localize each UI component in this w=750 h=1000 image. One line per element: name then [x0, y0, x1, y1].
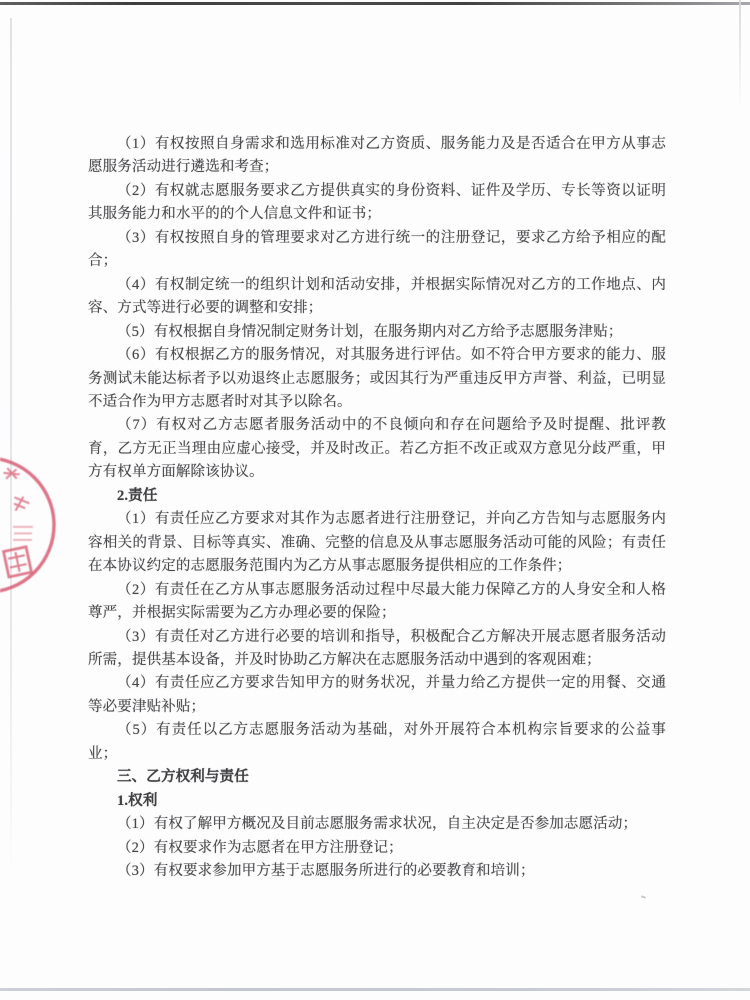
clause-party-b-right-1: （1）有权了解甲方概况及目前志愿服务需求状况，自主决定是否参加志愿活动；	[88, 813, 666, 836]
clause-party-a-duty-2: （2）有责任在乙方从事志愿服务活动过程中尽最大能力保障乙方的人身安全和人格尊严，…	[88, 579, 666, 626]
scan-artifact-bottom-edge	[0, 988, 750, 991]
party-b-rights-heading: 1.权利	[88, 790, 666, 813]
clause-party-b-right-3: （3）有权要求参加甲方基于志愿服务所进行的必要教育和培训；	[88, 860, 666, 883]
clause-party-b-right-2: （2）有权要求作为志愿者在甲方注册登记；	[88, 837, 666, 860]
scan-speck	[641, 895, 646, 898]
scan-artifact-left-line	[10, 18, 12, 880]
clause-party-a-right-3: （3）有权按照自身的管理要求对乙方进行统一的注册登记，要求乙方给予相应的配合；	[88, 227, 666, 274]
clause-party-a-right-7: （7）有权对乙方志愿者服务活动中的不良倾向和存在问题给予及时提醒、批评教育，乙方…	[88, 414, 666, 484]
clause-party-a-duty-3: （3）有责任对乙方进行必要的培训和指导，积极配合乙方解决开展志愿者服务活动所需，…	[88, 626, 666, 673]
clause-party-a-right-5: （5）有权根据自身情况制定财务计划，在服务期内对乙方给予志愿服务津贴；	[88, 321, 666, 344]
clause-party-a-right-4: （4）有权制定统一的组织计划和活动安排，并根据实际情况对乙方的工作地点、内容、方…	[88, 274, 666, 321]
party-b-section-heading: 三、乙方权利与责任	[88, 766, 666, 789]
scanned-document-page: （1）有权按照自身需求和选用标准对乙方资质、服务能力及是否适合在甲方从事志愿服务…	[0, 0, 750, 1000]
clause-party-a-right-2: （2）有权就志愿服务要求乙方提供真实的身份资料、证件及学历、专长等资以证明其服务…	[88, 180, 666, 227]
clause-party-a-right-1: （1）有权按照自身需求和选用标准对乙方资质、服务能力及是否适合在甲方从事志愿服务…	[88, 133, 666, 180]
clause-party-a-duty-5: （5）有责任以乙方志愿服务活动为基础，对外开展符合本机构宗旨要求的公益事业；	[88, 719, 666, 766]
contract-body-text: （1）有权按照自身需求和选用标准对乙方资质、服务能力及是否适合在甲方从事志愿服务…	[88, 133, 666, 884]
scan-artifact-right-line	[739, 0, 741, 110]
clause-party-a-duty-4: （4）有责任应乙方要求告知甲方的财务状况，并量力给乙方提供一定的用餐、交通等必要…	[88, 672, 666, 719]
scan-artifact-top-edge	[0, 2, 750, 5]
clause-party-a-right-6: （6）有权根据乙方的服务情况，对其服务进行评估。如不符合甲方要求的能力、服务测试…	[88, 344, 666, 414]
party-a-duties-heading: 2.责任	[88, 485, 666, 508]
clause-party-a-duty-1: （1）有责任应乙方要求对其作为志愿者进行注册登记，并向乙方告知与志愿服务内容相关…	[88, 508, 666, 578]
